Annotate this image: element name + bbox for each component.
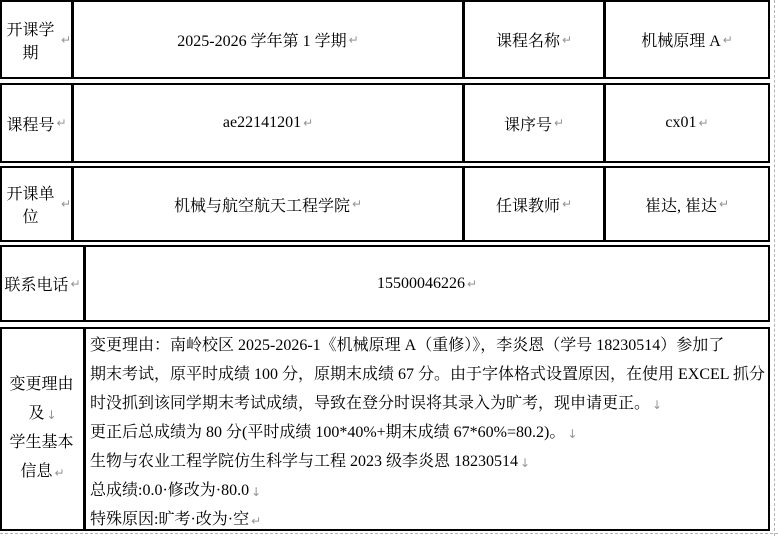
paragraph-mark-icon: ↵ (723, 33, 733, 47)
paragraph-mark-icon: ↵ (562, 197, 572, 211)
paragraph-mark-icon: ↵ (699, 116, 709, 130)
paragraph-mark-icon: ↵ (70, 277, 80, 291)
section-number-value: cx01 (665, 114, 696, 132)
reason-text: 变更理由：南岭校区 2025-2026-1《机械原理 A（重修）》，李炎恩（学号… (90, 337, 724, 354)
cell-course-term-value: 2025-2026 学年第 1 学期↵ (74, 2, 465, 77)
course-term-label: 开课学期 (2, 17, 59, 63)
course-name-value: 机械原理 A (641, 28, 721, 51)
paragraph-mark-icon: ↵ (352, 197, 362, 211)
cell-change-reason-body: 变更理由：南岭校区 2025-2026-1《机械原理 A（重修）》，李炎恩（学号… (86, 329, 768, 529)
reason-text-line: 特殊原因:旷考·改为·空↵ (90, 506, 766, 529)
cell-section-number-value: cx01↵ (606, 85, 768, 161)
section-number-label: 课序号 (504, 112, 552, 135)
cell-section-number-label: 课序号↵ (465, 85, 606, 161)
instructor-label: 任课教师 (496, 193, 560, 216)
paragraph-mark-icon: ↵ (61, 33, 71, 47)
cell-change-reason-label: 变更理由 及↓ 学生基本 信息↵ (2, 329, 86, 529)
cell-offering-unit-label: 开课单位↵ (2, 168, 74, 240)
paragraph-mark-icon: ↵ (349, 33, 359, 47)
label-text: 学生基本 (9, 434, 73, 451)
line-break-mark-icon: ↓ (567, 427, 577, 441)
table-row-offering-unit: 开课单位↵ 机械与航空航天工程学院↵ 任课教师↵ 崔达, 崔达↵ (0, 166, 770, 242)
reason-text-line: 更正后总成绩为 80 分(平时成绩 100*40%+期末成绩 67*60%=80… (90, 419, 766, 448)
reason-text-line: 变更理由：南岭校区 2025-2026-1《机械原理 A（重修）》，李炎恩（学号… (90, 332, 766, 361)
label-text: 信息 (20, 463, 52, 480)
table-row-change-reason: 变更理由 及↓ 学生基本 信息↵ 变更理由：南岭校区 2025-2026-1《机… (0, 327, 770, 531)
paragraph-mark-icon: ↵ (467, 277, 477, 291)
course-number-value: ae22141201 (223, 114, 301, 132)
paragraph-mark-icon: ↵ (554, 116, 564, 130)
course-term-value: 2025-2026 学年第 1 学期 (177, 28, 346, 51)
table-row-contact-phone: 联系电话↵ 15500046226↵ (0, 245, 770, 322)
reason-text: 期末考试，原平时成绩 100 分，原期末成绩 67 分。由于字体格式设置原因，在… (90, 366, 765, 383)
reason-text-line: 期末考试，原平时成绩 100 分，原期末成绩 67 分。由于字体格式设置原因，在… (90, 361, 766, 390)
cell-instructor-label: 任课教师↵ (465, 168, 606, 240)
reason-text: 特殊原因:旷考·改为·空 (90, 511, 249, 528)
table-row-course-number: 课程号↵ ae22141201↵ 课序号↵ cx01↵ (0, 83, 770, 163)
cell-course-term-label: 开课学期↵ (2, 2, 74, 77)
line-break-mark-icon: ↓ (652, 398, 662, 412)
contact-phone-label: 联系电话 (4, 272, 68, 295)
cell-offering-unit-value: 机械与航空航天工程学院↵ (74, 168, 465, 240)
paragraph-mark-icon: ↵ (61, 197, 71, 211)
paragraph-mark-icon: ↵ (251, 514, 261, 528)
reason-text-line: 生物与农业工程学院仿生科学与工程 2023 级李炎恩 18230514↓ (90, 448, 766, 477)
label-text: 及 (28, 405, 44, 422)
line-break-mark-icon: ↓ (46, 408, 56, 422)
change-reason-label-line: 变更理由 (9, 371, 75, 400)
line-break-mark-icon: ↓ (520, 456, 530, 470)
page-text-boundary-bottom (0, 533, 778, 534)
contact-phone-value: 15500046226 (377, 275, 465, 293)
cell-contact-phone-label: 联系电话↵ (2, 247, 86, 320)
reason-text: 总成绩:0.0·修改为·80.0 (90, 482, 249, 499)
offering-unit-label: 开课单位 (2, 181, 59, 227)
course-number-label: 课程号 (6, 112, 54, 135)
page-text-boundary-right (774, 0, 775, 536)
change-reason-label-line: 学生基本 (9, 429, 75, 458)
cell-course-name-label: 课程名称↵ (465, 2, 606, 77)
cell-course-number-label: 课程号↵ (2, 85, 74, 161)
reason-text-line: 总成绩:0.0·修改为·80.0↓ (90, 477, 766, 506)
paragraph-mark-icon: ↵ (562, 33, 572, 47)
paragraph-mark-icon: ↵ (719, 197, 729, 211)
document-page: 开课学期↵ 2025-2026 学年第 1 学期↵ 课程名称↵ 机械原理 A↵ … (0, 0, 778, 536)
cell-contact-phone-value: 15500046226↵ (86, 247, 768, 320)
course-name-label: 课程名称 (496, 28, 560, 51)
offering-unit-value: 机械与航空航天工程学院 (174, 193, 350, 216)
paragraph-mark-icon: ↵ (56, 116, 66, 130)
paragraph-mark-icon: ↵ (54, 466, 64, 480)
reason-text-line: 时没抓到该同学期末考试成绩，导致在登分时误将其录入为旷考，现申请更正。↓ (90, 390, 766, 419)
reason-text: 生物与农业工程学院仿生科学与工程 2023 级李炎恩 18230514 (90, 453, 518, 470)
reason-text: 时没抓到该同学期末考试成绩，导致在登分时误将其录入为旷考，现申请更正。 (90, 395, 650, 412)
cell-instructor-value: 崔达, 崔达↵ (606, 168, 768, 240)
change-reason-label-line: 信息↵ (20, 458, 64, 487)
paragraph-mark-icon: ↵ (303, 116, 313, 130)
change-reason-label-line: 及↓ (28, 400, 56, 429)
instructor-value: 崔达, 崔达 (645, 193, 717, 216)
line-break-mark-icon: ↓ (251, 485, 261, 499)
cell-course-number-value: ae22141201↵ (74, 85, 465, 161)
reason-text: 更正后总成绩为 80 分(平时成绩 100*40%+期末成绩 67*60%=80… (90, 424, 565, 441)
label-text: 变更理由 (9, 376, 73, 393)
cell-course-name-value: 机械原理 A↵ (606, 2, 768, 77)
table-row-course-term: 开课学期↵ 2025-2026 学年第 1 学期↵ 课程名称↵ 机械原理 A↵ (0, 0, 770, 79)
